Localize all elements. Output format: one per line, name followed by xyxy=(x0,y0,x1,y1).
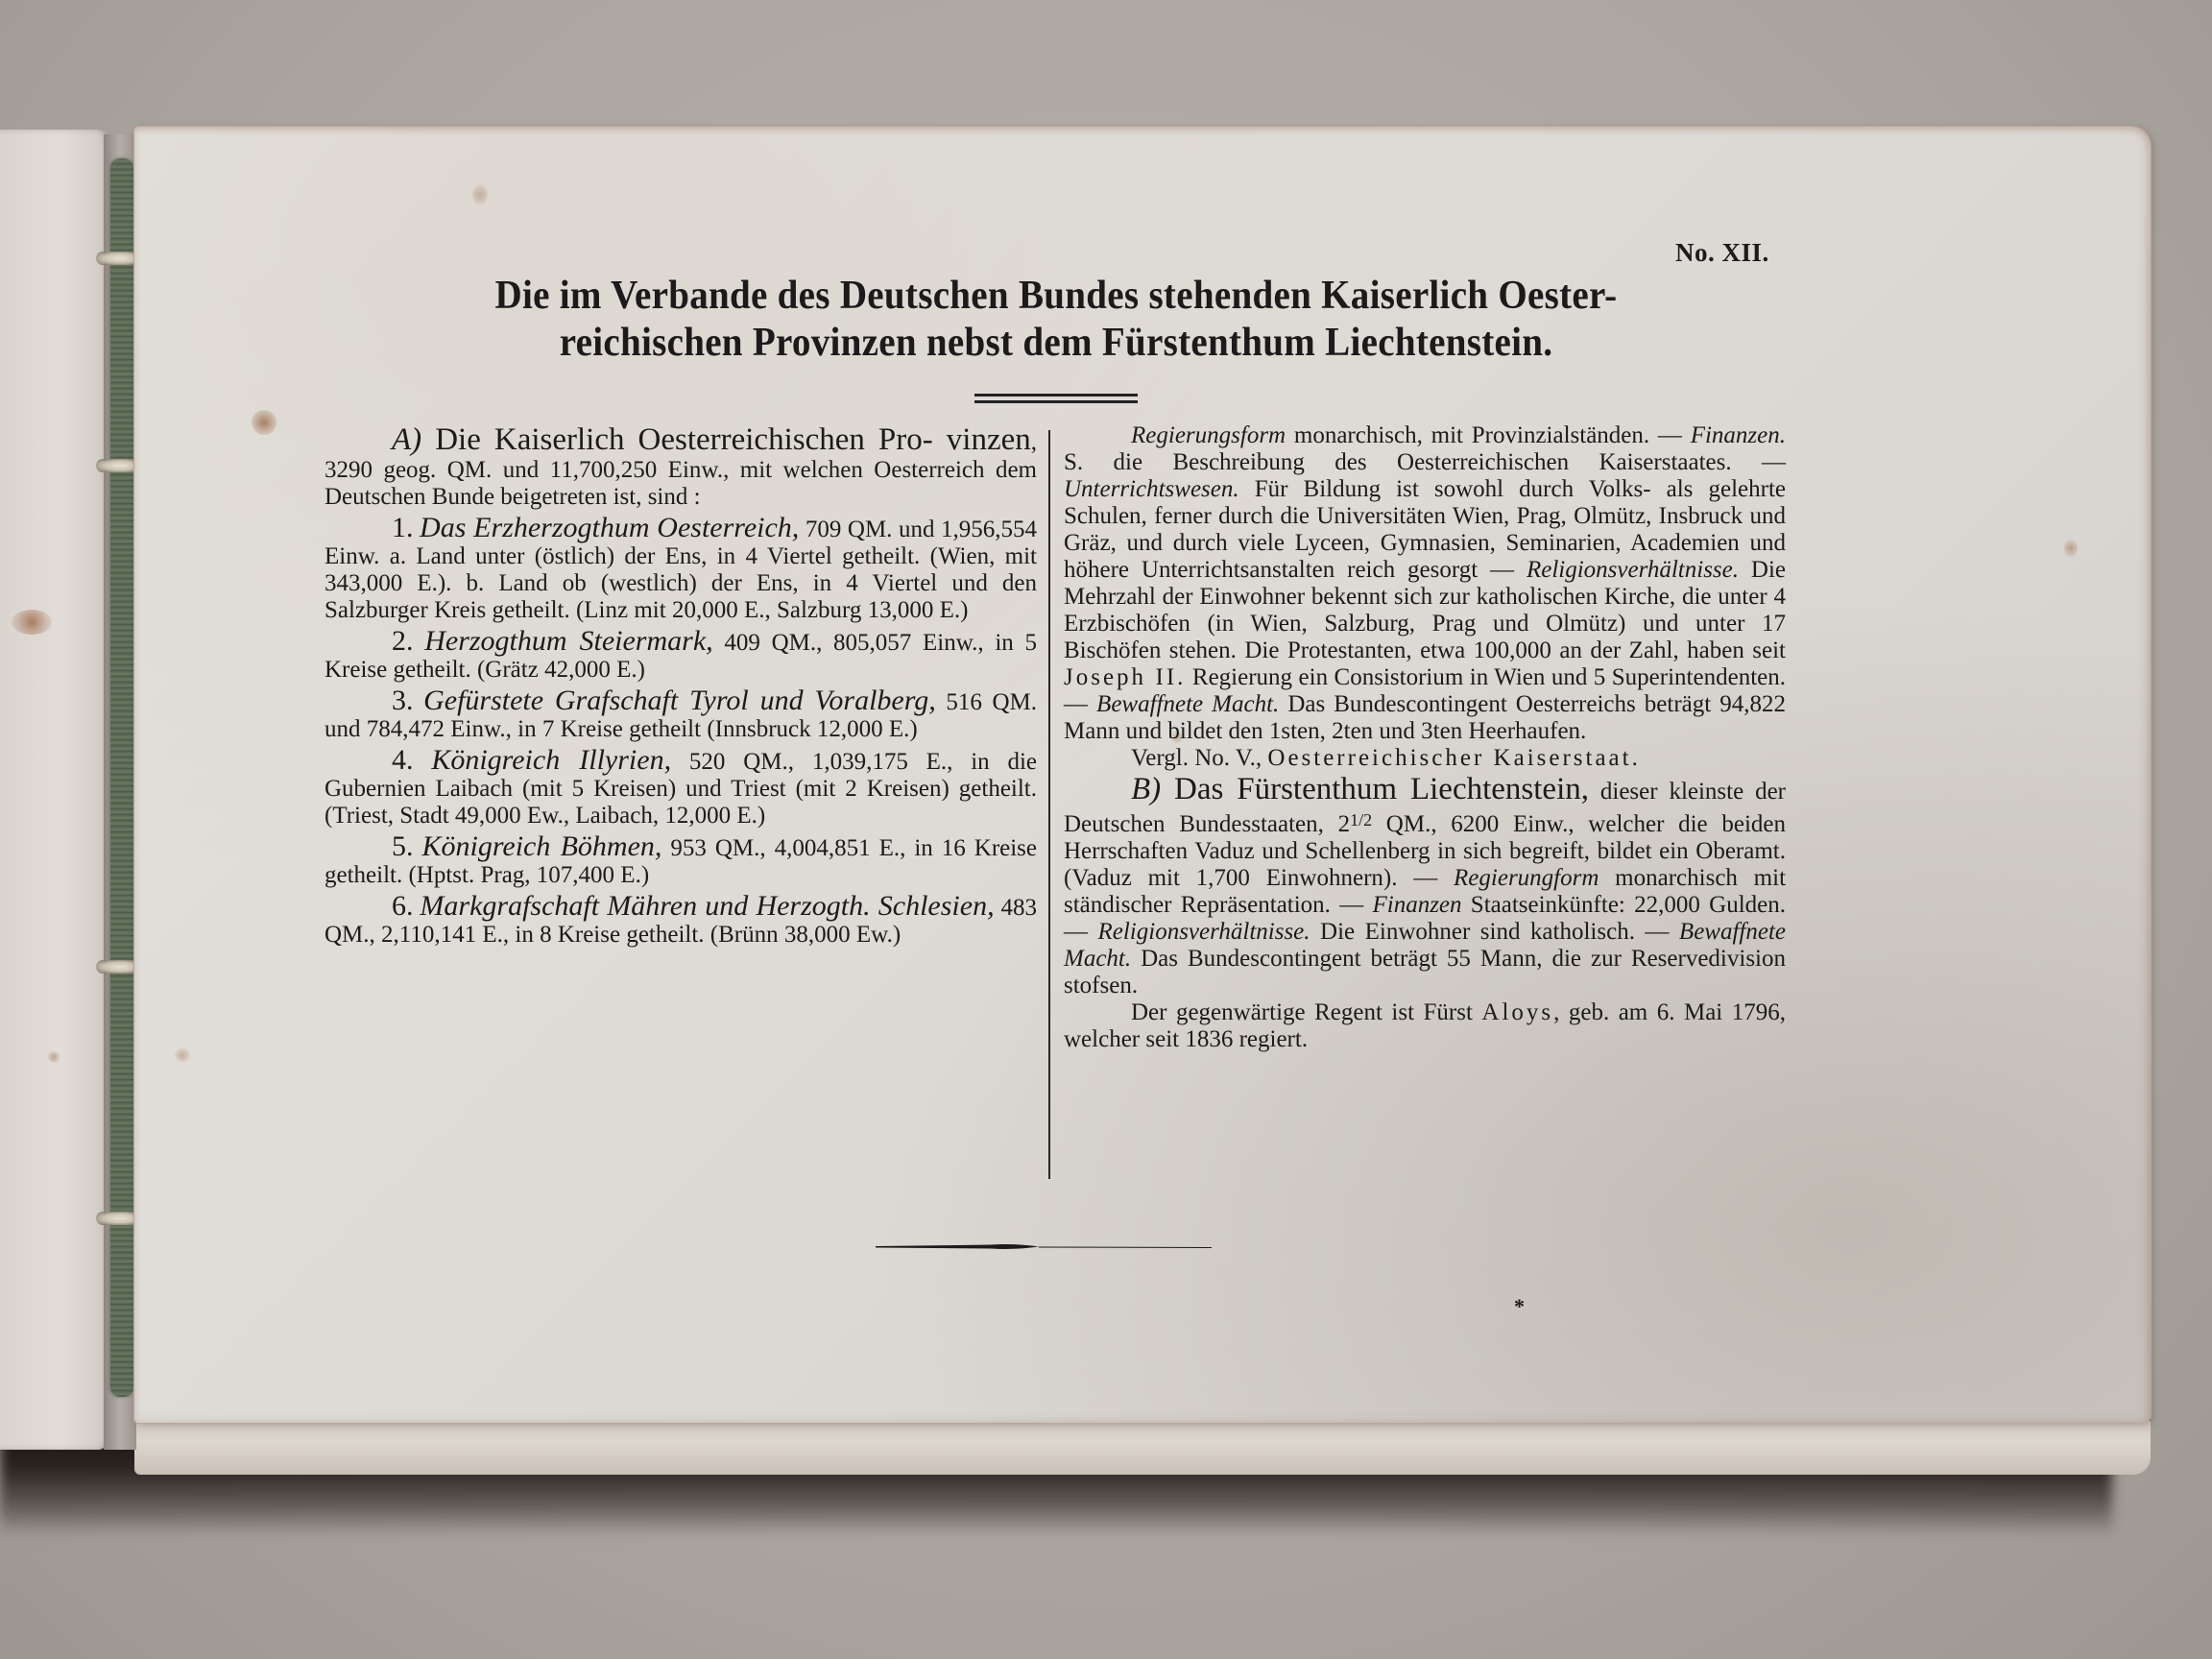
column-divider xyxy=(1048,430,1050,1179)
religion-label: Religionsverhältnisse. xyxy=(1097,919,1310,945)
foxing-stain xyxy=(472,184,488,205)
section-a-intro: A) Die Kaiserlich Oesterreichischen Pro-… xyxy=(325,422,1037,511)
section-b-letter: B) xyxy=(1131,772,1161,806)
religion-label: Religionsverhältnisse. xyxy=(1527,557,1739,583)
unterricht-label: Unterrichtswesen. xyxy=(1064,476,1239,502)
province-name: Das Erzherzogthum Oesterreich, xyxy=(420,512,799,543)
right-column: Regierungsform monarchisch, mit Provinzi… xyxy=(1064,422,1786,1053)
section-b: B) Das Fürstenthum Liechtenstein, dieser… xyxy=(1064,772,1786,999)
province-name: Königreich Illyrien, xyxy=(431,744,671,776)
title-double-rule xyxy=(974,400,1138,403)
plate-number: No. XII. xyxy=(1675,238,1769,268)
austria-details: Regierungsform monarchisch, mit Provinzi… xyxy=(1064,422,1786,745)
cross-reference: Vergl. No. V., Oesterreichischer Kaisers… xyxy=(1064,745,1786,772)
foxing-stain xyxy=(175,1048,190,1062)
macht-label: Bewaffnete Macht. xyxy=(1096,691,1279,717)
foxing-stain xyxy=(2064,540,2078,557)
province-entry: 2. Herzogthum Steiermark, 409 QM., 805,0… xyxy=(325,628,1037,684)
left-column: A) Die Kaiserlich Oesterreichischen Pro-… xyxy=(325,422,1037,949)
province-entry: 3. Gefürstete Grafschaft Tyrol und Voral… xyxy=(325,687,1037,743)
regent-name: Aloys xyxy=(1481,999,1553,1025)
province-name: Markgrafschaft Mähren und Herzogth. Schl… xyxy=(420,890,994,922)
province-name: Herzogthum Steiermark, xyxy=(424,625,712,657)
title-double-rule xyxy=(974,394,1138,397)
title-line-2: reichischen Provinzen nebst dem Fürstent… xyxy=(342,320,1770,367)
foxing-stain xyxy=(12,610,52,635)
foxing-stain xyxy=(48,1051,60,1063)
page-title: Die im Verbande des Deutschen Bundes ste… xyxy=(342,273,1770,367)
province-entry: 1. Das Erzherzogthum Oesterreich, 709 QM… xyxy=(325,515,1037,624)
regierungsform-label: Regierungform xyxy=(1454,865,1599,891)
title-line-1: Die im Verbande des Deutschen Bundes ste… xyxy=(342,273,1770,320)
section-b-heading: Das Fürstenthum Liechtenstein, xyxy=(1174,772,1589,806)
closing-ornament-rule xyxy=(876,1242,1212,1252)
section-a-heading-cont: vinzen xyxy=(947,422,1031,457)
province-entry: 5. Königreich Böhmen, 953 QM., 4,004,851… xyxy=(325,833,1037,889)
page-stack-edge xyxy=(134,1419,2151,1475)
signature-mark: * xyxy=(1514,1294,1525,1319)
province-entry: 4. Königreich Illyrien, 520 QM., 1,039,1… xyxy=(325,747,1037,829)
regierungsform-label: Regierungsform xyxy=(1131,422,1286,448)
section-a-heading: Die Kaiserlich Oesterreichischen Pro- xyxy=(435,422,933,457)
province-name: Gefürstete Grafschaft Tyrol und Voralber… xyxy=(423,685,936,716)
section-a-letter: A) xyxy=(392,422,421,457)
province-name: Königreich Böhmen, xyxy=(421,830,661,862)
facing-page xyxy=(0,130,108,1450)
province-entry: 6. Markgrafschaft Mähren und Herzogth. S… xyxy=(325,893,1037,949)
regent-paragraph: Der gegenwärtige Regent ist Fürst Aloys,… xyxy=(1064,999,1786,1053)
finanzen-label: Finanzen. xyxy=(1691,422,1786,448)
joseph-ii: Joseph II. xyxy=(1064,664,1186,690)
foxing-stain xyxy=(252,410,276,435)
cross-reference-target: Oesterreichischer Kaiserstaat. xyxy=(1267,745,1640,771)
fraction: 1/2 xyxy=(1350,810,1372,829)
finanzen-label: Finanzen xyxy=(1372,892,1461,918)
